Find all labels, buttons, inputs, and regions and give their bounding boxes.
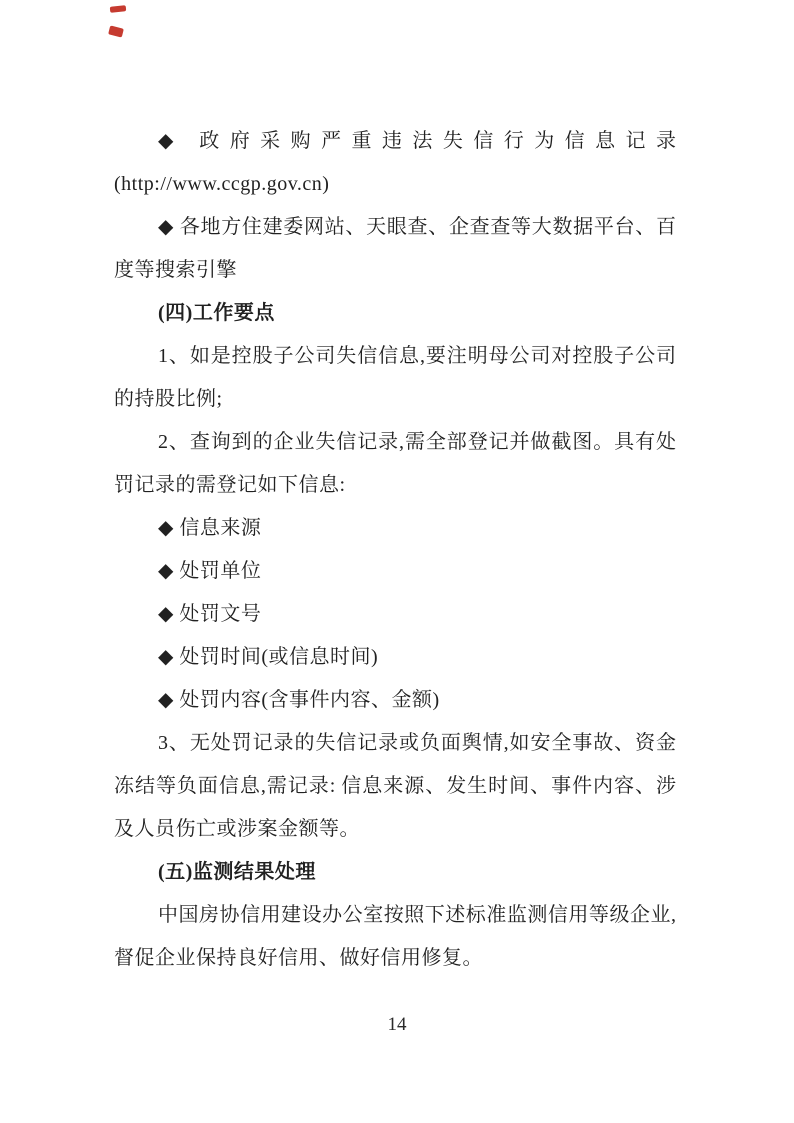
section-heading-monitoring-results: (五)监测结果处理 <box>114 851 676 894</box>
bullet-item-penalty-time: ◆ 处罚时间(或信息时间) <box>114 636 676 679</box>
bullet-item-penalty-unit: ◆ 处罚单位 <box>114 550 676 593</box>
page-number: 14 <box>0 1012 794 1038</box>
numbered-item-3-line: 3、无处罚记录的失信记录或负面舆情,如安全事故、资金 <box>114 722 676 765</box>
section-heading-work-points: (四)工作要点 <box>114 292 676 335</box>
url-line: (http://www.ccgp.gov.cn) <box>114 163 676 206</box>
bullet-item-gov-procurement-record: ◆ 政府采购严重违法失信行为信息记录 <box>114 120 676 163</box>
paragraph-line: 罚记录的需登记如下信息: <box>114 464 676 507</box>
paragraph-line: 冻结等负面信息,需记录: 信息来源、发生时间、事件内容、涉 <box>114 765 676 808</box>
red-pen-mark-upper <box>110 5 127 13</box>
numbered-item-2-line: 2、查询到的企业失信记录,需全部登记并做截图。具有处 <box>114 421 676 464</box>
paragraph-line: 度等搜索引擎 <box>114 249 676 292</box>
bullet-item-penalty-doc-number: ◆ 处罚文号 <box>114 593 676 636</box>
document-body: ◆ 政府采购严重违法失信行为信息记录 (http://www.ccgp.gov.… <box>114 120 676 980</box>
red-pen-mark-lower <box>108 25 124 37</box>
document-page: ◆ 政府采购严重违法失信行为信息记录 (http://www.ccgp.gov.… <box>0 0 794 1123</box>
paragraph-line: 及人员伤亡或涉案金额等。 <box>114 808 676 851</box>
paragraph-line: 中国房协信用建设办公室按照下述标准监测信用等级企业, <box>114 894 676 937</box>
bullet-item-info-source: ◆ 信息来源 <box>114 507 676 550</box>
paragraph-line: 督促企业保持良好信用、做好信用修复。 <box>114 937 676 980</box>
bullet-item-data-platforms: ◆ 各地方住建委网站、天眼查、企查查等大数据平台、百 <box>114 206 676 249</box>
paragraph-line: 的持股比例; <box>114 378 676 421</box>
bullet-item-penalty-content: ◆ 处罚内容(含事件内容、金额) <box>114 679 676 722</box>
numbered-item-1-line: 1、如是控股子公司失信信息,要注明母公司对控股子公司 <box>114 335 676 378</box>
